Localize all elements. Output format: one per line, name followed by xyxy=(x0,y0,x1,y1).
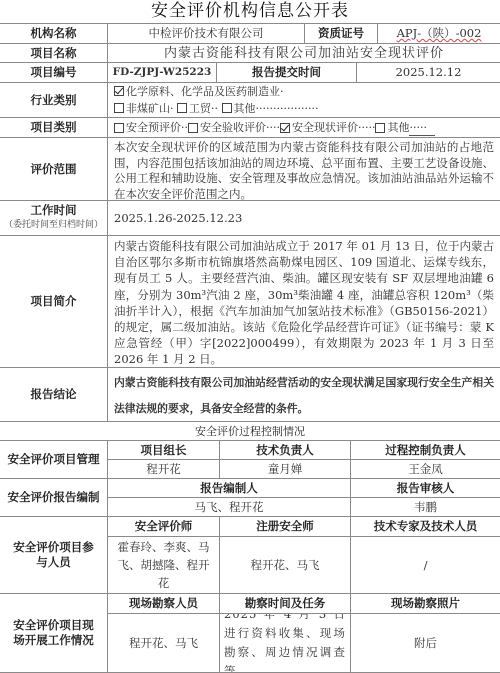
type-option-acceptance: 安全验收评价 xyxy=(200,120,266,135)
management-label: 安全评价项目管理 xyxy=(0,441,108,479)
conclusion-label: 报告结论 xyxy=(0,368,108,422)
org-label: 机构名称 xyxy=(0,24,108,44)
process-title: 安全评价过程控制情况 xyxy=(0,424,500,440)
project-type-label: 项目类别 xyxy=(0,118,108,138)
report-header-reviewer: 报告审核人 xyxy=(351,479,500,498)
industry-options: 化学原料、化学品及医药制造业· 非煤矿山· 工贸·· 其他···········… xyxy=(108,83,500,118)
project-name-label: 项目名称 xyxy=(0,44,108,63)
participants-header-registered: 注册安全师 xyxy=(220,517,351,537)
submit-time-value: 2025.12.12 xyxy=(357,63,500,83)
work-time-value: 2025.1.26-2025.12.23 xyxy=(108,201,500,236)
checkbox-unchecked-icon[interactable] xyxy=(188,123,198,133)
management-header-process: 过程控制负责人 xyxy=(351,441,500,460)
type-option-status: 安全现状评价 xyxy=(292,120,358,135)
intro-label: 项目简介 xyxy=(0,236,108,368)
report-header-author: 报告编制人 xyxy=(108,479,351,498)
intro-cell: 内蒙古资能科技有限公司加油站成立于 2017 年 01 月 13 日，位于内蒙古… xyxy=(108,236,500,368)
industry-option-trade: 工贸 xyxy=(189,102,211,115)
industry-option-chemical: 化学原料、化学品及医药制造业 xyxy=(126,85,280,98)
industry-option-other: 其他 xyxy=(234,102,256,115)
checkbox-unchecked-icon[interactable] xyxy=(375,123,385,133)
project-type-options: 安全预评价·· 安全验收评价···· 安全现状评价····· 其他····· xyxy=(108,118,500,138)
intro-text: 内蒙古资能科技有限公司加油站成立于 2017 年 01 月 13 日，位于内蒙古… xyxy=(108,236,500,368)
scope-label: 评价范围 xyxy=(0,138,108,201)
management-header-leader: 项目组长 xyxy=(108,441,220,460)
participants-header-evaluator: 安全评价师 xyxy=(108,517,220,537)
conclusion-text: 内蒙古资能科技有限公司加油站经营活动的安全现状满足国家现行安全生产相关法律法规的… xyxy=(108,368,500,422)
page-title: 安全评价机构信息公开表 xyxy=(0,0,500,22)
site-value-photos: 附后 xyxy=(351,614,500,673)
management-value-process: 王金凤 xyxy=(351,460,500,479)
submit-time-label: 报告提交时间 xyxy=(217,63,357,83)
industry-row-1: 化学原料、化学品及医药制造业· xyxy=(114,83,284,100)
participants-label: 安全评价项目参与人员 xyxy=(0,517,108,594)
conclusion-cell: 内蒙古资能科技有限公司加油站经营活动的安全现状满足国家现行安全生产相关法律法规的… xyxy=(108,368,500,422)
site-header-people: 现场勘察人员 xyxy=(108,594,220,614)
checkbox-checked-icon[interactable] xyxy=(280,123,290,133)
checkbox-unchecked-icon[interactable] xyxy=(114,103,124,113)
participants-value-experts: / xyxy=(351,537,500,594)
type-other-blank[interactable]: ····· xyxy=(409,120,435,136)
report-value-author: 马飞、程开花 xyxy=(108,498,351,517)
site-value-time: 2025 年 4 月 3 日进行资料收集、现场勘察、周边情况调查等。 xyxy=(220,614,351,673)
project-name-value: 内蒙古资能科技有限公司加油站安全现状评价 xyxy=(108,44,500,63)
type-option-other: 其他 xyxy=(387,120,409,135)
work-time-sublabel: （委托时间至归档时间） xyxy=(4,218,103,233)
participants-value-registered: 程开花、马飞 xyxy=(220,537,351,594)
management-header-tech: 技术负责人 xyxy=(220,441,351,460)
checkbox-unchecked-icon[interactable] xyxy=(114,123,124,133)
checkbox-unchecked-icon[interactable] xyxy=(222,103,232,113)
report-label: 安全评价报告编制 xyxy=(0,479,108,517)
cert-value: APJ-（陕）-002 xyxy=(378,24,500,44)
org-value: 中检评价技术有限公司 xyxy=(108,24,305,44)
scope-cell: 本次安全现状评价的区域范围为内蒙古资能科技有限公司加油站的占地范围，内容范围包括… xyxy=(108,138,500,201)
site-value-people: 程开花、马飞 xyxy=(108,614,220,673)
scope-text: 本次安全现状评价的区域范围为内蒙古资能科技有限公司加油站的占地范围，内容范围包括… xyxy=(108,138,500,201)
industry-row-2: 非煤矿山· 工贸·· 其他·················· xyxy=(114,100,366,118)
project-number-value: FD-ZJPJ-W25223 xyxy=(108,63,217,83)
cert-label: 资质证号 xyxy=(305,24,378,44)
management-value-tech: 童月婵 xyxy=(220,460,351,479)
site-header-time: 勘察时间及任务 xyxy=(220,594,351,614)
participants-value-evaluator: 霍春玲、李爽、马飞、胡撼隆、程开花 xyxy=(108,537,220,594)
industry-label: 行业类别 xyxy=(0,83,108,118)
report-value-reviewer: 韦鹏 xyxy=(351,498,500,517)
type-option-pre: 安全预评价 xyxy=(126,120,181,135)
management-value-leader: 程开花 xyxy=(108,460,220,479)
project-number-label: 项目编号 xyxy=(0,63,108,83)
cert-value-text: APJ-（陕）-002 xyxy=(397,26,482,41)
work-time-label-cell: 工作时间 （委托时间至归档时间） xyxy=(0,201,108,236)
work-time-label: 工作时间 xyxy=(30,203,76,218)
checkbox-checked-icon[interactable] xyxy=(114,86,124,96)
checkbox-unchecked-icon[interactable] xyxy=(177,103,187,113)
participants-header-experts: 技术专家及技术人员 xyxy=(351,517,500,537)
site-label: 安全评价项目现场开展工作情况 xyxy=(0,594,108,673)
industry-option-mining: 非煤矿山 xyxy=(126,102,170,115)
site-header-photos: 现场勘察照片 xyxy=(351,594,500,614)
industry-other-blank[interactable]: ·················· xyxy=(256,100,366,118)
